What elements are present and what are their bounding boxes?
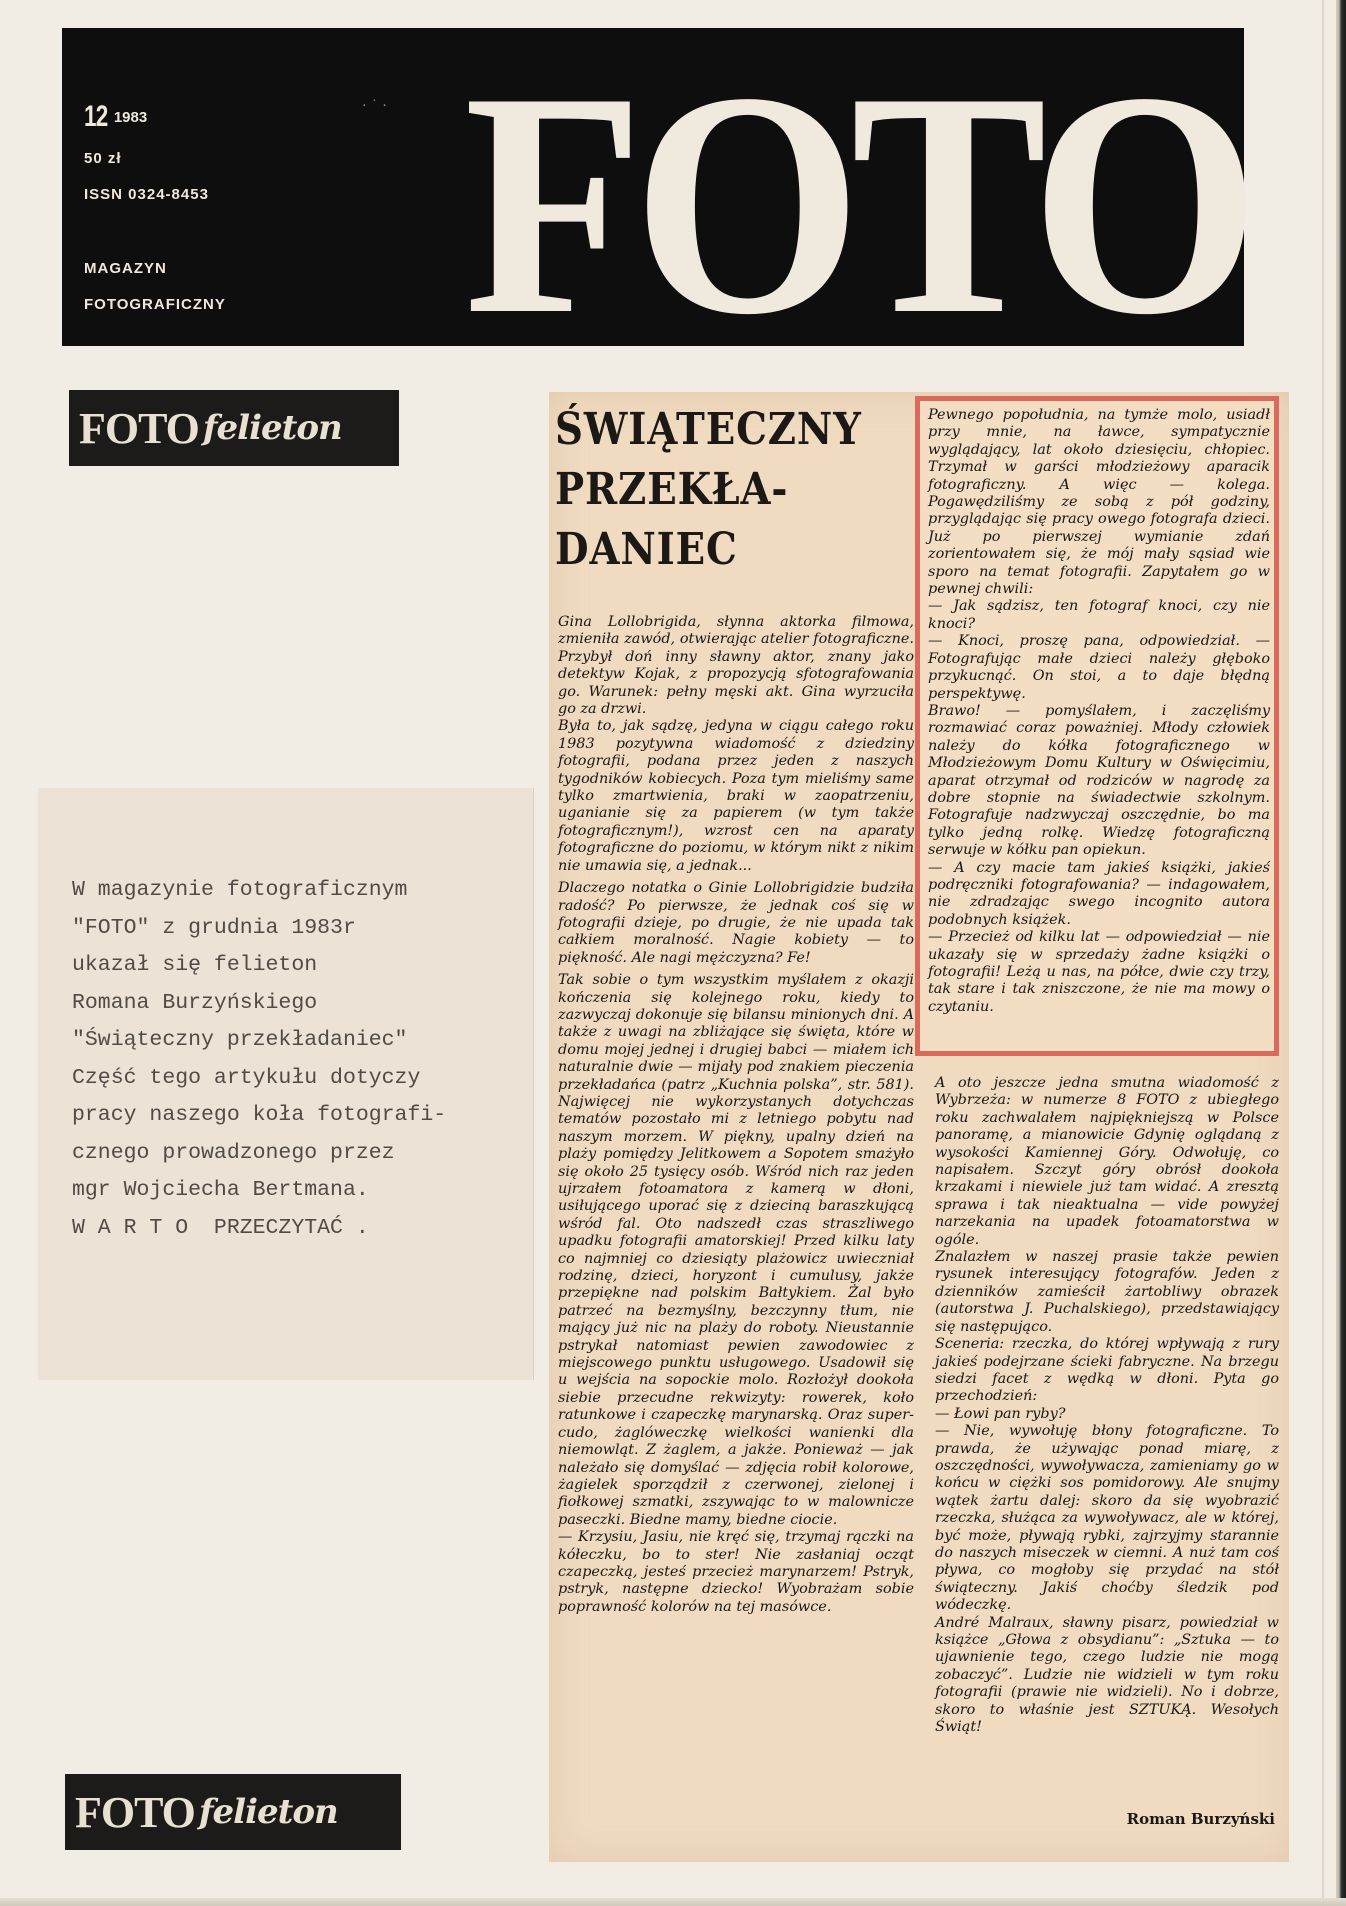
issue-number: 12 — [84, 100, 108, 134]
paragraph: Gina Lollobrigida, słynna aktorka filmow… — [558, 614, 914, 718]
paragraph: — Nie, wywołuję błony fotograficzne. To … — [935, 1423, 1279, 1614]
paragraph: A oto jeszcze jedna smutna wiadomość z W… — [935, 1075, 1279, 1249]
title-line: PRZEKŁA- — [555, 460, 862, 520]
paragraph: — Przecież od kilku lat — odpowiedział —… — [928, 929, 1270, 1016]
title-line: ŚWIĄTECZNY — [555, 400, 862, 460]
page-crease — [1322, 0, 1324, 1906]
paragraph: Dlaczego notatka o Ginie Lollobrigidzie … — [558, 880, 914, 967]
label-foto: FOTO — [75, 1787, 195, 1838]
issue-year: 1983 — [114, 109, 147, 126]
price: 50 zł — [84, 150, 122, 167]
page-bottom-edge — [0, 1898, 1346, 1906]
paragraph: — Knoci, proszę pana, odpowiedział. — Fo… — [928, 633, 1270, 703]
paragraph: André Malraux, sławny pisarz, powiedział… — [935, 1615, 1279, 1737]
note-line: ukazał się felieton — [72, 947, 533, 985]
title-line: DANIEC — [555, 520, 862, 580]
paragraph: Sceneria: rzeczka, do której wpływają z … — [935, 1336, 1279, 1406]
page-binding-edge — [1336, 0, 1346, 1906]
label-felieton: felieton — [199, 1792, 338, 1832]
subtitle-line-2: FOTOGRAFICZNY — [84, 296, 226, 313]
typewritten-note: W magazynie fotograficznym "FOTO" z grud… — [38, 788, 534, 1380]
author-signature: Roman Burzyński — [1127, 1810, 1275, 1828]
article-clipping: ŚWIĄTECZNY PRZEKŁA- DANIEC Gina Lollobri… — [549, 392, 1289, 1862]
note-line: pracy naszego koła fotografi- — [72, 1097, 533, 1135]
note-line: Romana Burzyńskiego — [72, 985, 533, 1023]
note-line: mgr Wojciecha Bertmana. — [72, 1172, 533, 1210]
paragraph: — Łowi pan ryby? — [935, 1406, 1279, 1423]
print-specks: · ˙ · — [362, 98, 387, 114]
paragraph: Tak sobie o tym wszystkim myślałem z oka… — [558, 972, 914, 1529]
note-line: "Świąteczny przekładaniec" — [72, 1022, 533, 1060]
paragraph: Znalazłem w naszej prasie także pewien r… — [935, 1249, 1279, 1336]
issn: ISSN 0324-8453 — [84, 186, 209, 203]
issue-info: 12 1983 — [84, 100, 147, 134]
paragraph: — A czy macie tam jakieś książki, jakieś… — [928, 860, 1270, 930]
article-title: ŚWIĄTECZNY PRZEKŁA- DANIEC — [555, 400, 904, 580]
subtitle-line-1: MAGAZYN — [84, 260, 167, 277]
label-foto: FOTO — [79, 403, 199, 454]
note-line: W magazynie fotograficznym — [72, 872, 533, 910]
note-line: "FOTO" z grudnia 1983r — [72, 910, 533, 948]
paragraph: — Jak sądzisz, ten fotograf knoci, czy n… — [928, 598, 1270, 633]
highlighted-box: Pewnego popołudnia, na tymże molo, usiad… — [915, 396, 1279, 1056]
paragraph: Pewnego popołudnia, na tymże molo, usiad… — [928, 407, 1270, 598]
paragraph: Brawo! — pomyślałem, i zaczęliśmy rozmaw… — [928, 703, 1270, 860]
note-line: W A R T O PRZECZYTAĆ . — [72, 1210, 533, 1248]
paragraph: Była to, jak sądzę, jedyna w ciągu całeg… — [558, 718, 914, 875]
note-line: Część tego artykułu dotyczy — [72, 1060, 533, 1098]
foto-felieton-label-top: FOTO felieton — [69, 390, 399, 466]
magazine-masthead: 12 1983 50 zł ISSN 0324-8453 MAGAZYN FOT… — [62, 28, 1244, 346]
magazine-title: FOTO — [464, 84, 1108, 324]
article-left-column: Gina Lollobrigida, słynna aktorka filmow… — [558, 614, 914, 1616]
label-felieton: felieton — [203, 408, 342, 448]
foto-felieton-label-bottom: FOTO felieton — [65, 1774, 401, 1850]
article-right-column: A oto jeszcze jedna smutna wiadomość z W… — [935, 1075, 1279, 1736]
note-line: cznego prowadzonego przez — [72, 1135, 533, 1173]
boxed-column: Pewnego popołudnia, na tymże molo, usiad… — [928, 407, 1270, 1016]
paragraph: — Krzysiu, Jasiu, nie kręć się, trzymaj … — [558, 1529, 914, 1616]
